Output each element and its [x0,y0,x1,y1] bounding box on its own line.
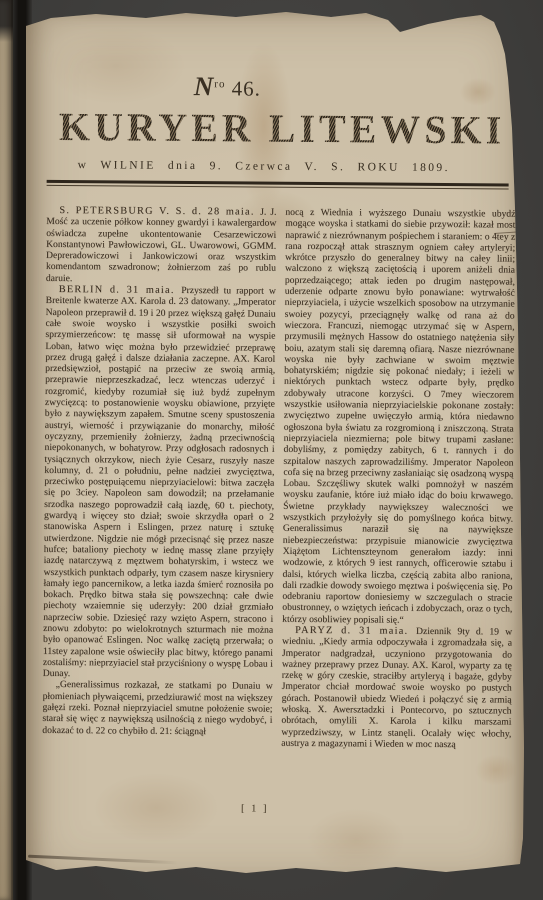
article-paragraph: S. PETERSBURG V. S. d. 28 maia. J. J. Mo… [46,205,277,286]
issue-superscript: ro [214,78,225,90]
article-columns: S. PETERSBURG V. S. d. 28 maia. J. J. Mo… [42,205,517,801]
dateline: w WILNIE dnia 9. Czerwca V. S. ROKU 1809… [29,159,499,175]
page-number-mark: [ 1 ] [220,803,290,815]
column-right: nocą z Wiednia i wyższego Dunaiu wszystk… [281,207,516,801]
newspaper-title: KURYER LITEWSKI [47,103,517,154]
issue-number-value: 46. [225,76,261,100]
article-dateline-lead: PARYZ d. 31 maia. [295,625,416,637]
article-paragraph: „Generalissimus rozkazał, ze statkami po… [42,679,272,737]
article-paragraph: nocą z Wiednia i wyższego Dunaiu wszystk… [282,207,515,627]
masthead: Nro 46. KURYER LITEWSKI w WILNIE dnia 9.… [47,70,518,190]
article-dateline-lead: S. PETERSBURG V. S. d. 28 maia. [59,205,260,218]
masthead-double-rule [47,180,509,190]
article-paragraph: PARYZ d. 31 maia. Dziennik 9ty d. 19 w w… [281,625,512,751]
issue-script-letter: N [194,71,215,101]
issue-number: Nro 46. [0,69,463,104]
column-left: S. PETERSBURG V. S. d. 28 maia. J. J. Mo… [42,205,277,799]
article-paragraph: BERLIN d. 31 maia. Przyszedł tu rapport … [43,284,276,681]
page-content: Nro 46. KURYER LITEWSKI w WILNIE dnia 9.… [41,8,518,882]
article-dateline-lead: BERLIN d. 31 maia. [59,284,182,296]
newspaper-page: Nro 46. KURYER LITEWSKI w WILNIE dnia 9.… [26,8,524,886]
